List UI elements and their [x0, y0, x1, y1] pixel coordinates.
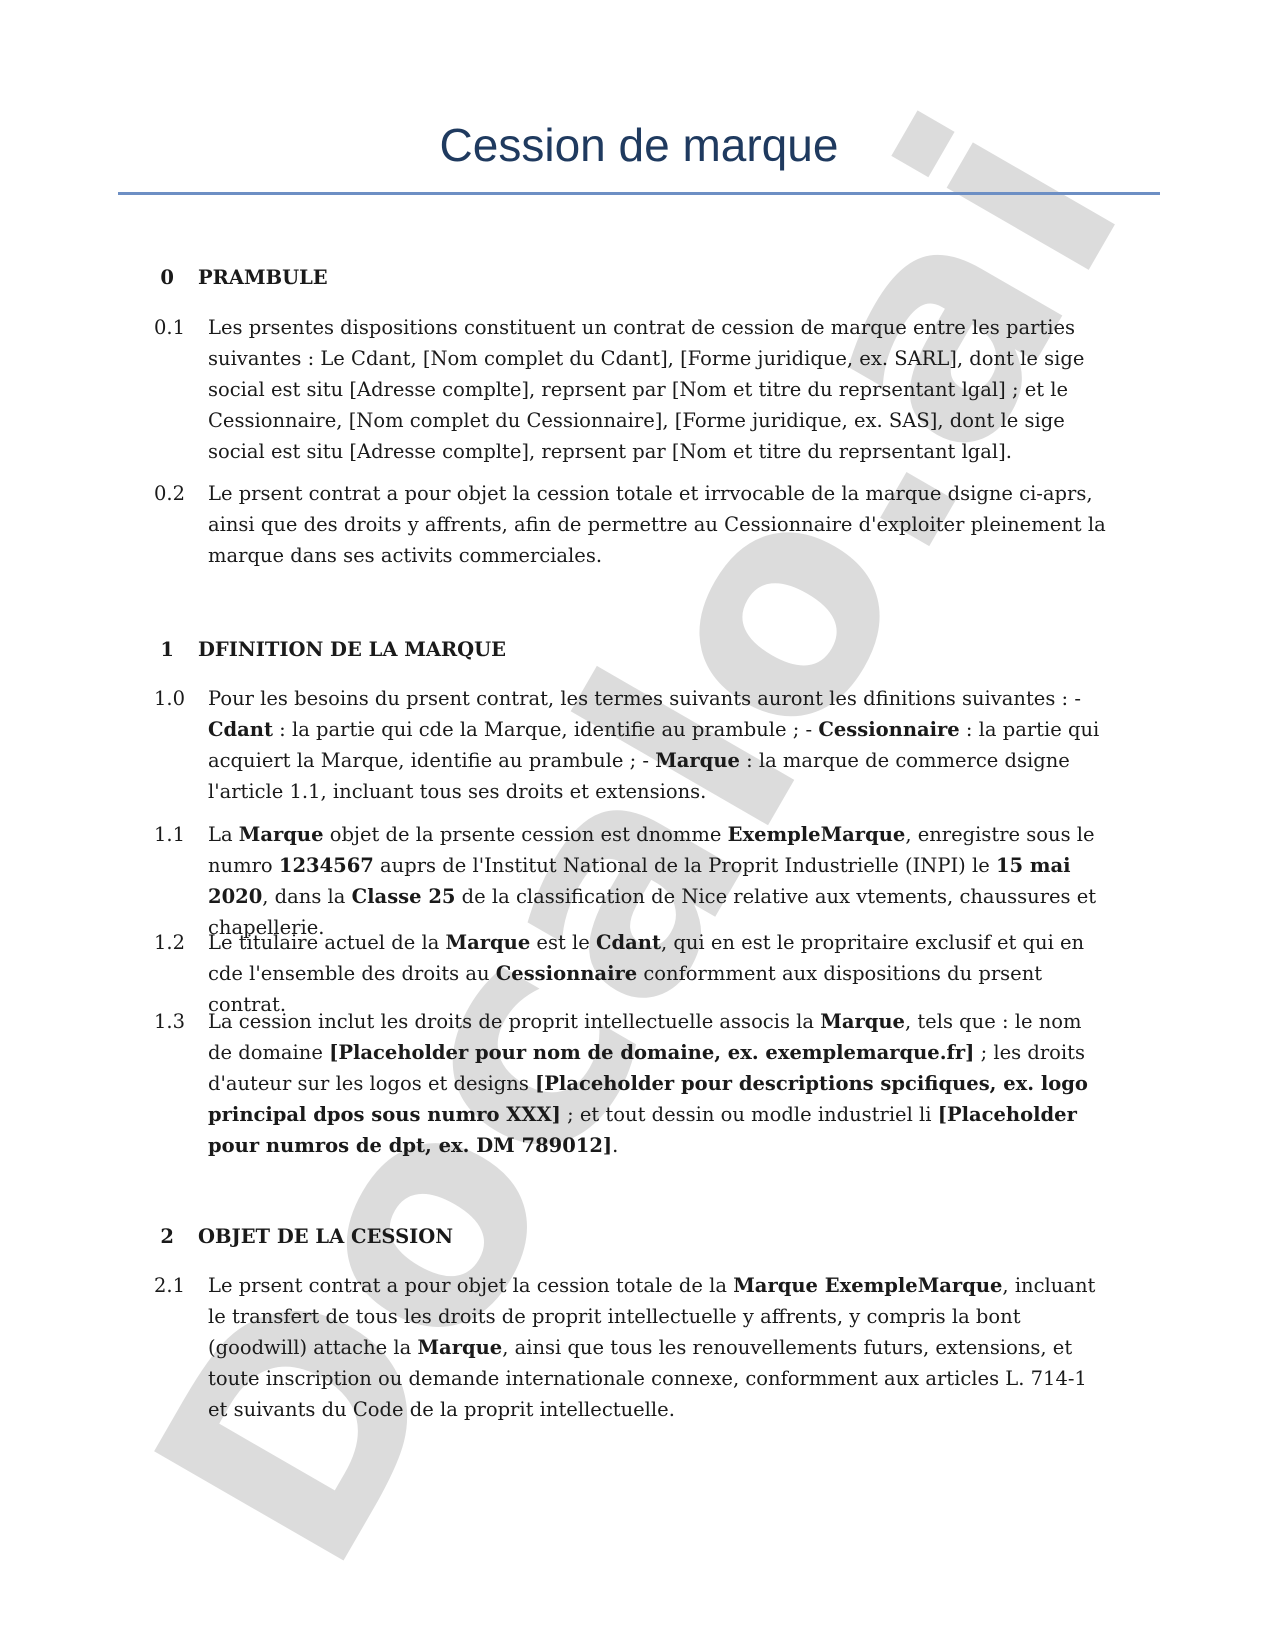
clause-text: La cession inclut les droits de proprit …	[208, 1006, 1108, 1161]
bold-term: 1234567	[279, 854, 374, 877]
section-heading: 0 PRAMBULE	[150, 262, 174, 293]
text-run: Pour les besoins du prsent contrat, les …	[208, 687, 1081, 710]
bold-term: Marque	[417, 1336, 502, 1359]
clause-text: Pour les besoins du prsent contrat, les …	[208, 683, 1108, 807]
clause-number: 1.2	[154, 927, 185, 958]
text-run: auprs de l'Institut National de la Propr…	[374, 854, 996, 877]
bold-term: Cdant	[596, 931, 661, 954]
clause-text: Le prsent contrat a pour objet la cessio…	[208, 478, 1108, 571]
bold-term: [Placeholder pour nom de domaine, ex. ex…	[329, 1041, 974, 1064]
text-run: Le titulaire actuel de la	[208, 931, 446, 954]
text-run: La cession inclut les droits de proprit …	[208, 1010, 820, 1033]
bold-term: Marque	[820, 1010, 905, 1033]
text-run: .	[612, 1134, 618, 1157]
text-run: : la partie qui cde la Marque, identifie…	[273, 718, 818, 741]
text-run: ; et tout dessin ou modle industriel li	[561, 1103, 938, 1126]
clause-number: 0.2	[154, 478, 185, 509]
section-title: PRAMBULE	[198, 262, 328, 293]
text-run: Le prsent contrat a pour objet la cessio…	[208, 482, 1106, 567]
bold-term: Marque	[239, 823, 324, 846]
clause-number: 1.1	[154, 819, 185, 850]
clause-number: 1.3	[154, 1006, 185, 1037]
bold-term: Cessionnaire	[496, 962, 637, 985]
bold-term: Marque ExempleMarque	[733, 1274, 1002, 1297]
clause-text: Les prsentes dispositions constituent un…	[208, 312, 1108, 467]
clause-number: 0.1	[154, 312, 185, 343]
text-run: objet de la prsente cession est dnomme	[324, 823, 728, 846]
section-title: DFINITION DE LA MARQUE	[198, 634, 506, 665]
section-number: 0	[150, 262, 174, 293]
bold-term: Cdant	[208, 718, 273, 741]
text-run: Les prsentes dispositions constituent un…	[208, 316, 1084, 463]
title-underline	[118, 192, 1160, 195]
section-heading: 1 DFINITION DE LA MARQUE	[150, 634, 174, 665]
bold-term: Classe 25	[352, 885, 456, 908]
document-page: Docalo.ai Cession de marque 0 PRAMBULE 0…	[0, 0, 1275, 1650]
bold-term: Marque	[655, 749, 740, 772]
bold-term: Marque	[446, 931, 531, 954]
text-run: , dans la	[262, 885, 351, 908]
section-heading: 2 OBJET DE LA CESSION	[150, 1221, 174, 1252]
document-title: Cession de marque	[118, 118, 1160, 172]
section-number: 1	[150, 634, 174, 665]
section-title: OBJET DE LA CESSION	[198, 1221, 453, 1252]
text-run: Le prsent contrat a pour objet la cessio…	[208, 1274, 733, 1297]
clause-number: 2.1	[154, 1270, 185, 1301]
text-run: est le	[530, 931, 596, 954]
bold-term: ExempleMarque	[728, 823, 906, 846]
clause-text: Le prsent contrat a pour objet la cessio…	[208, 1270, 1108, 1425]
section-number: 2	[150, 1221, 174, 1252]
bold-term: Cessionnaire	[818, 718, 959, 741]
text-run: La	[208, 823, 239, 846]
clause-text: La Marque objet de la prsente cession es…	[208, 819, 1108, 943]
clause-number: 1.0	[154, 683, 185, 714]
